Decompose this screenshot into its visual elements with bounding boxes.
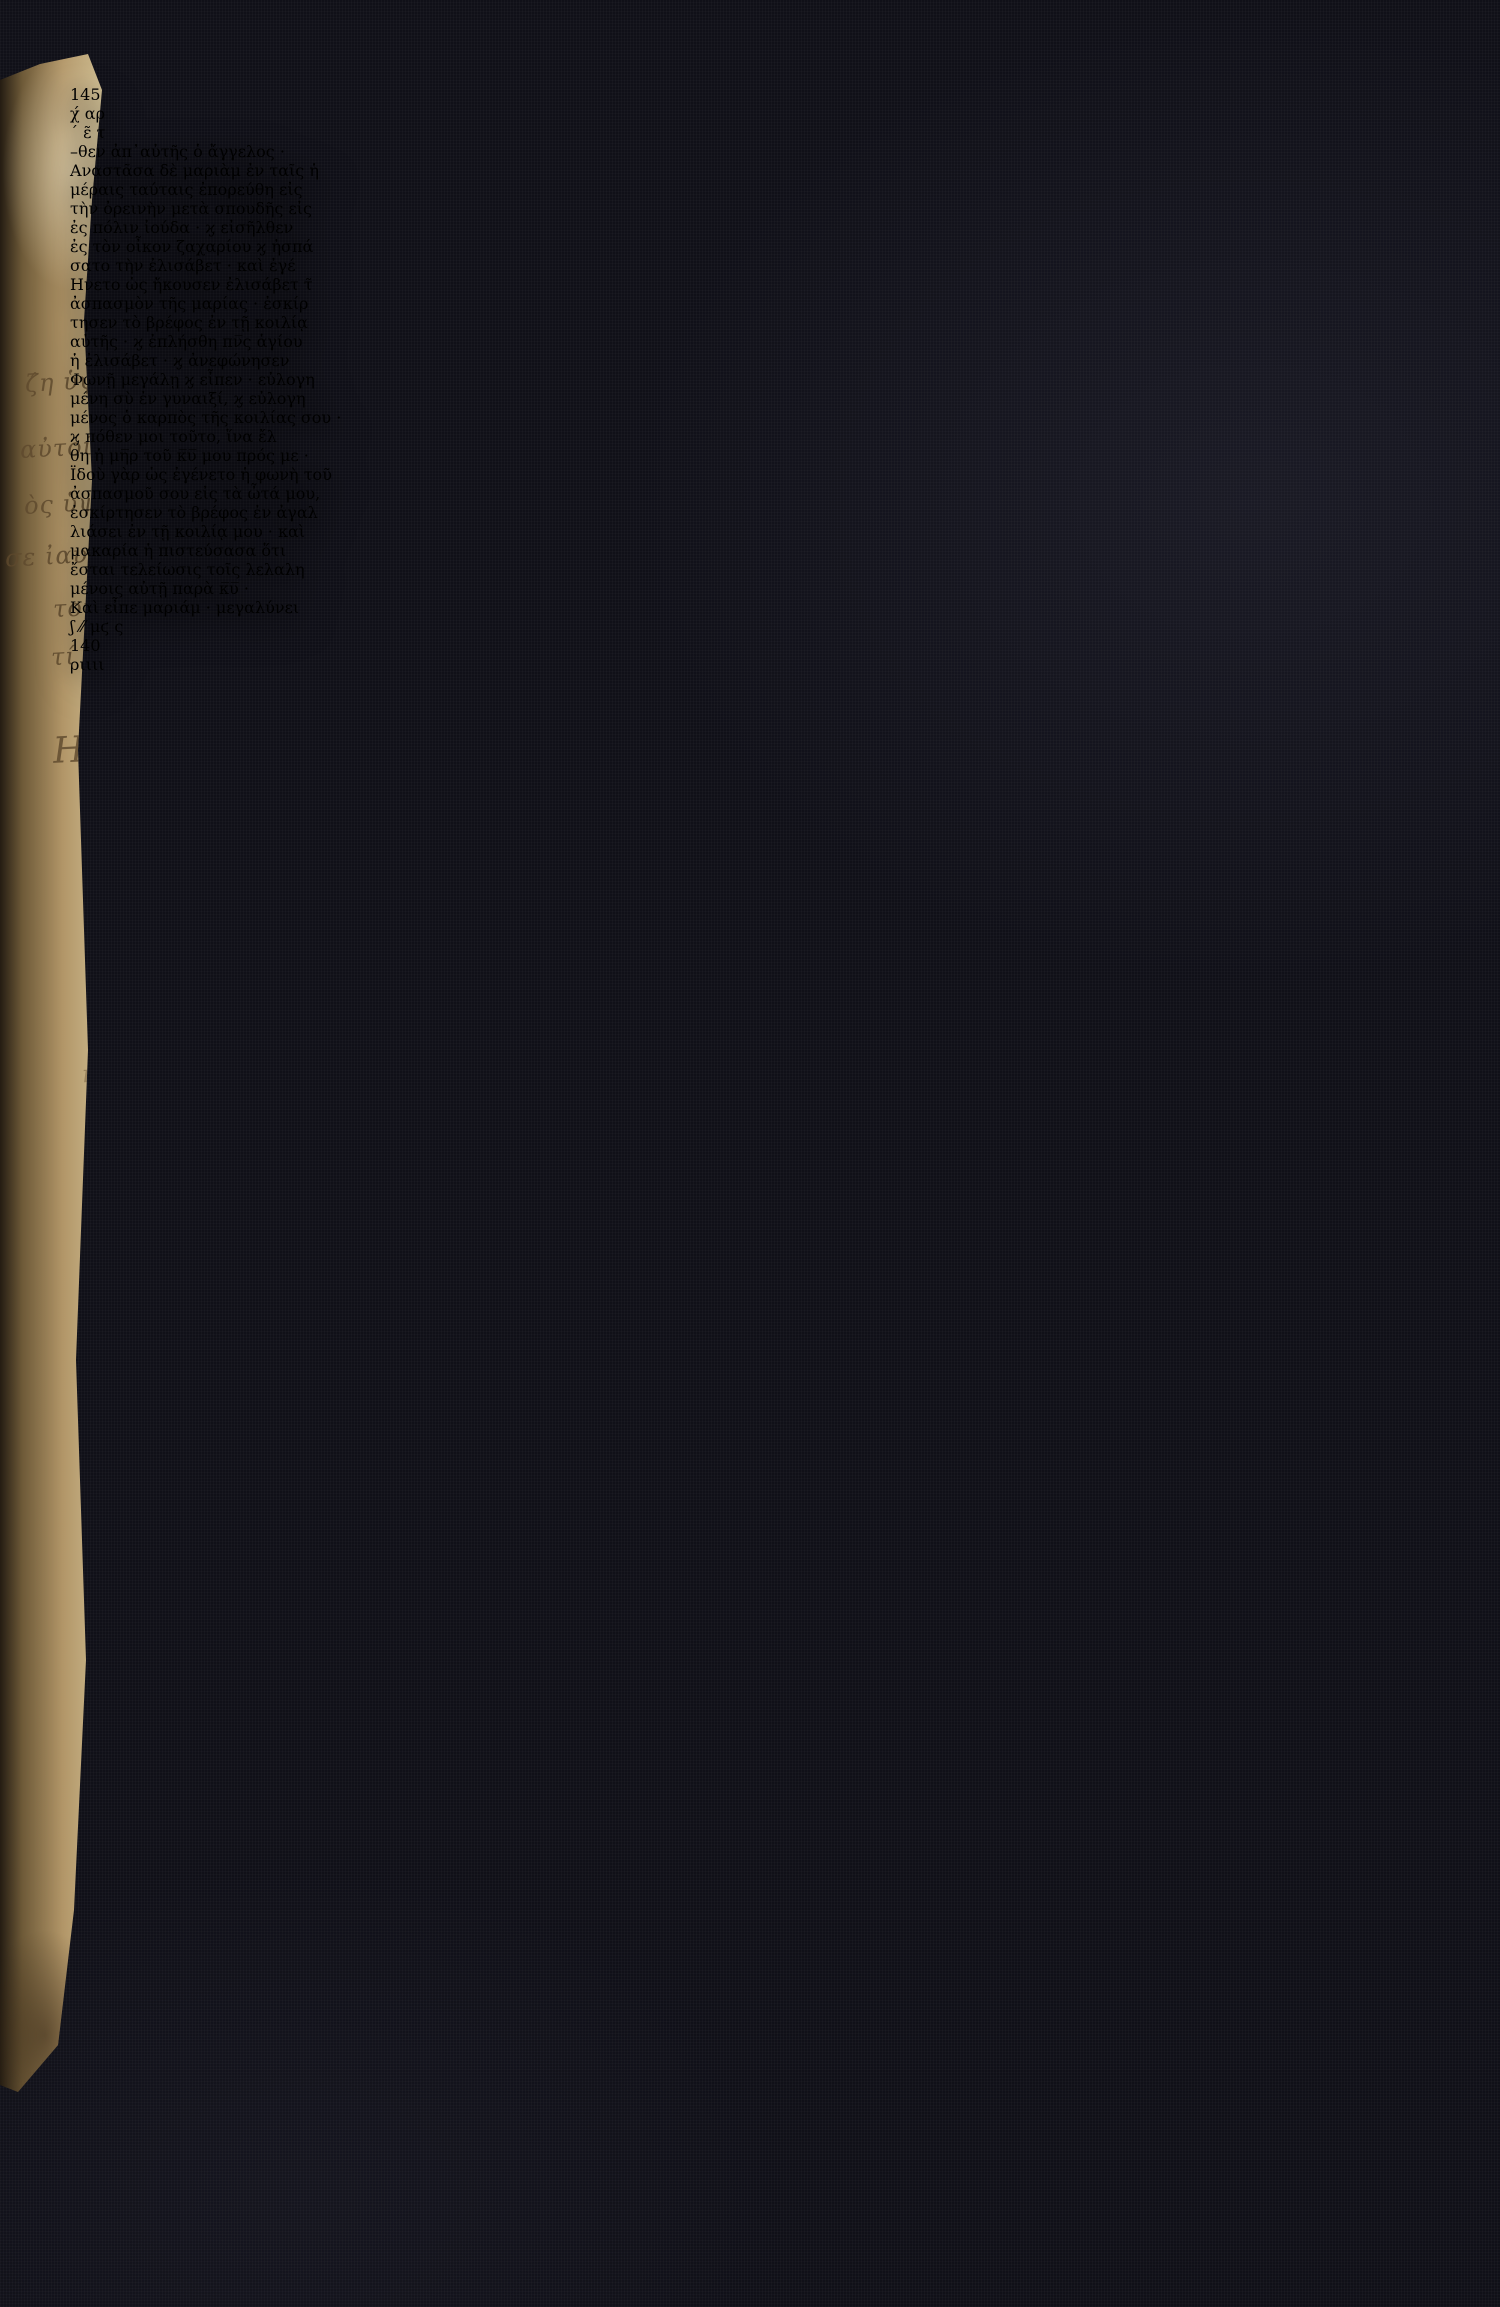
text-line-content: ἔσται τελείωσις τοῖς λελαλη xyxy=(70,560,305,579)
text-line: θη ἡ μη̅ρ τοῦ κ̅υ̅ μου πρός με · xyxy=(70,446,1280,465)
text-line: σατο τὴν ἐλισάβετ · καὶ ἐγέ xyxy=(70,256,1280,275)
text-line: Φωνῇ μεγάλῃ ϗ εἶπεν · εὐλογη xyxy=(70,370,1280,389)
text-line: ἐς πόλιν ἰούδα · ϗ εἰσῆλθεν xyxy=(70,218,1280,237)
rubric-margin-mark: χ́ αρ xyxy=(70,104,1280,123)
text-line-content: –θεν ἀπ᾽αὐτῆς ὁ ἄγγελος · xyxy=(70,142,285,161)
rubric-ar: αρ xyxy=(85,104,105,123)
text-line-content: ϗ πόθεν μοι τοῦτο, ἵνα ἔλ xyxy=(70,427,277,446)
text-line-content: τησεν τὸ βρέφος ἐν τῇ κοιλίᾳ xyxy=(70,313,308,332)
text-line: μέραις ταύταις ἐπορεύθη εἰς xyxy=(70,180,1280,199)
text-line: μακαρία ἡ πιστεύσασα ὅτι xyxy=(70,541,1280,560)
text-line-content: ναστᾶσα δὲ μαριὰμ ἐν ταῖς ἡ xyxy=(82,161,319,180)
ghost-ink-mark: μϛ xyxy=(90,617,109,636)
text-line-content: μένη σὺ ἐν γυναιξί, ϗ εὐλογη xyxy=(70,389,306,408)
text-line-content: μένος ὁ καρπὸς τῆς κοιλίας σου · xyxy=(70,408,341,427)
text-line-content: θη ἡ μη̅ρ τοῦ κ̅υ̅ μου πρός με · xyxy=(70,446,309,465)
initial-letter: Η xyxy=(70,275,84,294)
text-line: ἐς τὸν οἶκον ζαχαρίου ϗ ἠσπά xyxy=(70,237,1280,256)
lection-tau: τ xyxy=(96,123,105,142)
right-edge-ink-mark: ʃ xyxy=(70,617,74,636)
text-line: τὴν ὀρεινὴν μετὰ σπουδῆς εἰς xyxy=(70,199,1280,218)
text-line: ἀσπασμοῦ σου εἰς τὰ ὦτά μου, xyxy=(70,484,1280,503)
text-line: ἐσκίρτησεν τὸ βρέφος ἐν ἀγαλ xyxy=(70,503,1280,522)
text-line-content: ἐς τὸν οἶκον ζαχαρίου ϗ ἠσπά xyxy=(70,237,313,256)
initial-letter: Φ xyxy=(70,370,83,389)
text-line-content: νετο ὡς ἤκουσεν ἐλισάβετ τ̃ xyxy=(84,275,313,294)
folio-number-bottom: 140 xyxy=(70,636,1280,655)
lection-accent: ´ xyxy=(70,123,78,142)
initial-letter: Κ xyxy=(70,598,82,617)
text-line-content: σατο τὴν ἐλισάβετ · καὶ ἐγέ xyxy=(70,256,296,275)
manuscript-page-wrap: 145 χ́ αρ ´ ε̃ τ –θεν ἀπ᾽αὐτῆς ὁ ἄγγελος… xyxy=(70,85,1280,2110)
text-line-content: ωνῇ μεγάλῃ ϗ εἶπεν · εὐλογη xyxy=(83,370,315,389)
photograph-background: ζ́η ὑψαὐτοῦὸς ὑψσε ἰαυττοῦτί ἐὸΗϛνι 145 … xyxy=(0,0,1500,2307)
text-line-content: ἡ ἐλισάβετ · ϗ ἀνεφώνησεν xyxy=(70,351,289,370)
text-line-content: μακαρία ἡ πιστεύσασα ὅτι xyxy=(70,541,286,560)
text-line: Καὶ εἶπε μαριάμ · μεγαλύνει xyxy=(70,598,1280,617)
text-line: ϗ πόθεν μοι τοῦτο, ἵνα ἔλ xyxy=(70,427,1280,446)
text-line: μένος ὁ καρπὸς τῆς κοιλίας σου · xyxy=(70,408,1280,427)
text-line: –θεν ἀπ᾽αὐτῆς ὁ ἄγγελος · xyxy=(70,142,1280,161)
rubric-lection-mark: ´ ε̃ τ xyxy=(70,123,1280,142)
right-edge-faint-mark: ⁄⁄ xyxy=(79,617,84,636)
text-line-content: ἀσπασμοῦ σου εἰς τὰ ὦτά μου, xyxy=(70,484,320,503)
text-line: μένη σὺ ἐν γυναιξί, ϗ εὐλογη xyxy=(70,389,1280,408)
text-line-content: δοὺ γὰρ ὡς ἐγένετο ἡ φωνὴ τοῦ xyxy=(76,465,332,484)
text-line-content: μένοις αὐτῇ παρὰ κ̅υ̅ · xyxy=(70,579,249,598)
initial-letter: Α xyxy=(70,161,82,180)
text-line-content: ἐσκίρτησεν τὸ βρέφος ἐν ἀγαλ xyxy=(70,503,318,522)
text-line-content: μέραις ταύταις ἐπορεύθη εἰς xyxy=(70,180,303,199)
folio-number-top: 145 xyxy=(70,85,1280,104)
text-line-content: αὶ εἶπε μαριάμ · μεγαλύνει xyxy=(82,598,299,617)
text-line: μένοις αὐτῇ παρὰ κ̅υ̅ · xyxy=(70,579,1280,598)
text-line: αὐτῆς · ϗ ἐπλήσθη πν̅ς ἁγίου xyxy=(70,332,1280,351)
rubric-chi: χ́ xyxy=(70,104,80,123)
text-line: λιάσει ἐν τῇ κοιλίᾳ μου · καὶ xyxy=(70,522,1280,541)
text-line: ἔσται τελείωσις τοῖς λελαλη xyxy=(70,560,1280,579)
text-block: –θεν ἀπ᾽αὐτῆς ὁ ἄγγελος ·Αναστᾶσα δὲ μαρ… xyxy=(70,142,1280,617)
lection-epsilon: ε̃ xyxy=(83,123,91,142)
text-line: Αναστᾶσα δὲ μαριὰμ ἐν ταῖς ἡ xyxy=(70,161,1280,180)
text-line-content: ἐς πόλιν ἰούδα · ϗ εἰσῆλθεν xyxy=(70,218,293,237)
text-line-content: αὐτῆς · ϗ ἐπλήσθη πν̅ς ἁγίου xyxy=(70,332,303,351)
text-line: ἀσπασμὸν τῆς μαρίας · ἐσκίρ xyxy=(70,294,1280,313)
text-line: Ϊδοὺ γὰρ ὡς ἐγένετο ἡ φωνὴ τοῦ xyxy=(70,465,1280,484)
text-line-content: λιάσει ἐν τῇ κοιλίᾳ μου · καὶ xyxy=(70,522,305,541)
text-line: τησεν τὸ βρέφος ἐν τῇ κοιλίᾳ xyxy=(70,313,1280,332)
text-line-content: ἀσπασμὸν τῆς μαρίας · ἐσκίρ xyxy=(70,294,308,313)
text-line-content: τὴν ὀρεινὴν μετὰ σπουδῆς εἰς xyxy=(70,199,312,218)
quire-mark: ριιιι xyxy=(70,655,1280,674)
text-line: Ηνετο ὡς ἤκουσεν ἐλισάβετ τ̃ xyxy=(70,275,1280,294)
ghost-letter-mark: ς xyxy=(114,617,123,636)
text-line: ἡ ἐλισάβετ · ϗ ἀνεφώνησεν xyxy=(70,351,1280,370)
manuscript-page: 145 χ́ αρ ´ ε̃ τ –θεν ἀπ᾽αὐτῆς ὁ ἄγγελος… xyxy=(70,85,1280,2110)
